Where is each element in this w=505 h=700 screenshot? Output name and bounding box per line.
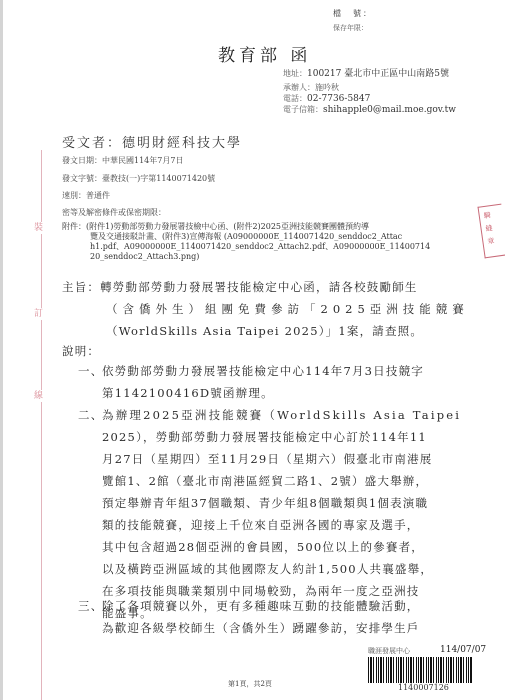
item-1-line-2: 第1142100416D號函辦理。 xyxy=(102,385,274,401)
item-2-line-3: 月27日（星期四）至11月29日（星期六）假臺北市南港展 xyxy=(102,451,433,467)
item-3-line-2: 為歡迎各級學校師生（含僑外生）踴躍參訪，安排學生戶 xyxy=(102,620,420,636)
stamp-char-3: 章 xyxy=(487,233,505,249)
binding-mark-2: 訂 xyxy=(34,308,43,320)
recipient-name: 德明財經科技大學 xyxy=(122,136,242,151)
page-edge xyxy=(0,0,3,700)
attachment-line-2[interactable]: 覽及交通接駁計畫、(附件3)宣傳海報 (A09000000E_114007142… xyxy=(62,232,452,242)
item-3-number: 三、 xyxy=(78,598,103,614)
item-2-line-8: 以及橫跨亞洲區域的其他國際友人約計1,500人共襄盛舉， xyxy=(102,561,433,577)
barcode xyxy=(368,657,473,683)
phone-value: 02-7736-5847 xyxy=(307,94,370,104)
subject-line-2: （含僑外生）組團免費參訪「2025亞洲技能競賽 xyxy=(106,301,469,317)
retention-period-label: 保存年限： xyxy=(333,23,368,33)
document-title: 教育部 函 xyxy=(218,41,311,66)
handler-line: 承辦人：施吟秋 xyxy=(283,82,339,93)
issue-date: 發文日期：中華民國114年7月7日 xyxy=(62,155,183,166)
item-2-line-7: 其中包含超過28個亞洲的會員國，500位以上的參賽者， xyxy=(102,539,424,555)
explanation-label: 說明： xyxy=(62,343,100,359)
handler-label: 承辦人： xyxy=(283,83,315,92)
item-2-number: 二、 xyxy=(78,407,103,423)
subject-line-3: （WorldSkills Asia Taipei 2025）」1案，請查照。 xyxy=(106,323,423,339)
document-number: 發文字號：臺教技(一)字第1140071420號 xyxy=(62,173,215,184)
email-label: 電子信箱： xyxy=(283,105,323,114)
item-2-line-5: 預定舉辦青年組37個職類、青少年組8個職類與1個表演職 xyxy=(102,495,428,511)
address-value: 100217 臺北市中正區中山南路5號 xyxy=(307,69,449,79)
barcode-number: 1140007126 xyxy=(396,683,451,692)
binding-mark-1: 裝 xyxy=(34,222,43,234)
attachment-line-3[interactable]: h1.pdf、A09000000E_1140071420_senddoc2_At… xyxy=(62,242,452,252)
file-number-label: 檔 號： xyxy=(333,8,373,19)
attachment-line-4[interactable]: 20_senddoc2_Attach3.png) xyxy=(62,252,452,262)
receiving-office: 職涯發展中心 xyxy=(368,646,410,656)
email-value[interactable]: shihapple0@mail.moe.gov.tw xyxy=(323,105,456,115)
item-2-line-9: 在多項技能與職業類別中同場較勁，為兩年一度之亞洲技 xyxy=(102,583,420,599)
subject-line-1: 主旨：轉勞動部勞動力發展署技能檢定中心函，請各校鼓勵師生 xyxy=(62,279,418,295)
email-line: 電子信箱：shihapple0@mail.moe.gov.tw xyxy=(283,104,456,115)
item-2-line-4: 覽館1、2館（臺北市南港區經貿二路1、2號）盛大舉辦， xyxy=(102,473,428,489)
item-2-line-2: 2025），勞動部勞動力發展署技能檢定中心訂於114年11 xyxy=(102,429,427,445)
phone-line: 電話：02-7736-5847 xyxy=(283,93,370,104)
item-2-line-6: 類的技能競賽，迎接上千位來自亞洲各國的專家及選手， xyxy=(102,517,420,533)
secrecy-level: 密等及解密條件或保密期限： xyxy=(62,207,166,218)
item-1-number: 一、 xyxy=(78,363,103,379)
item-2-line-1: 為辦理2025亞洲技能競賽（WorldSkills Asia Taipei xyxy=(102,407,461,423)
item-1-line-1: 依勞動部勞動力發展署技能檢定中心114年7月3日技競字 xyxy=(102,363,424,379)
binding-mark-3: 線 xyxy=(34,390,43,402)
recipient: 受文者：德明財經科技大學 xyxy=(62,132,242,151)
attachments: 附件：(附件1)勞動部勞動力發展署技檢中心函、(附件2)2025亞洲技能競賽團體… xyxy=(62,222,452,262)
address-label: 地址： xyxy=(283,69,307,78)
handler-value: 施吟秋 xyxy=(315,83,339,92)
receipt-date: 114/07/07 xyxy=(440,645,486,655)
recipient-label: 受文者： xyxy=(62,136,122,151)
seam-stamp: 騎 縫 章 xyxy=(477,204,505,259)
attachment-line-1: 附件：(附件1)勞動部勞動力發展署技檢中心函、(附件2)2025亞洲技能競賽團體… xyxy=(62,222,452,232)
address-line: 地址：100217 臺北市中正區中山南路5號 xyxy=(283,66,449,79)
phone-label: 電話： xyxy=(283,94,307,103)
item-3-line-1: 除了各項競賽以外，更有多種趣味互動的技能體驗活動， xyxy=(102,598,420,614)
delivery-speed: 速別：普通件 xyxy=(62,190,110,201)
page-number: 第1頁，共2頁 xyxy=(228,679,272,689)
